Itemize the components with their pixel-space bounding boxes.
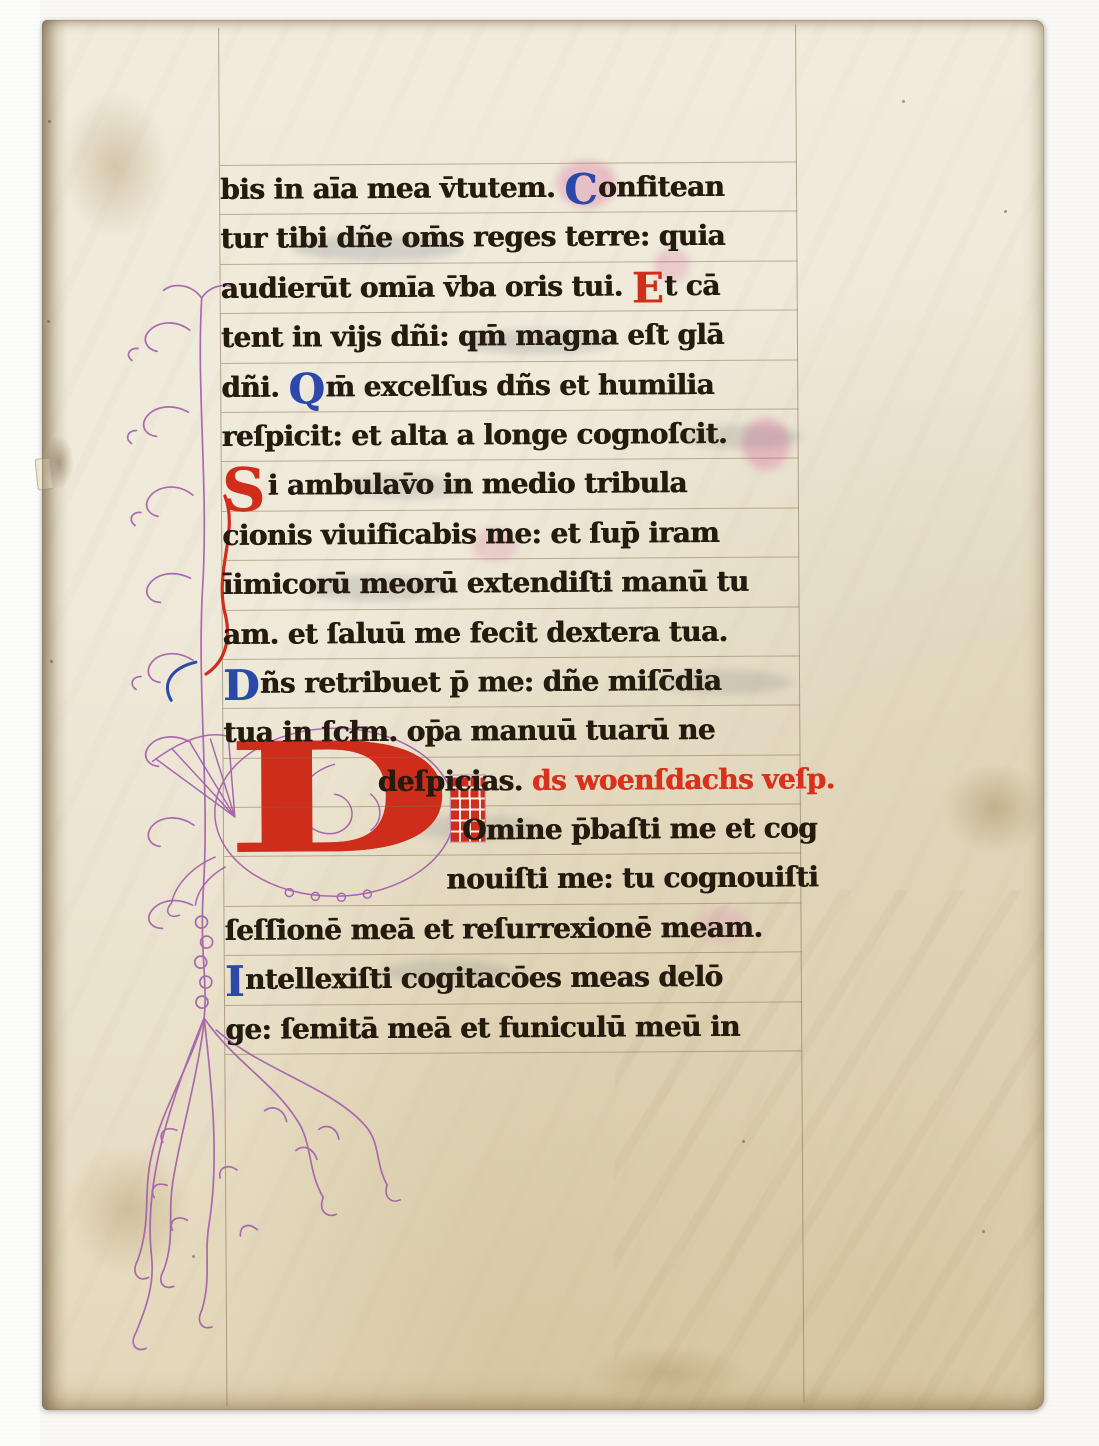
text-line: cionis viuificabis me: et ſup̄ iram — [222, 507, 799, 560]
illuminated-initial: C — [564, 165, 597, 214]
illuminated-initial: Q — [288, 364, 324, 413]
text-line: dñi. Qm̄ excelſus dñs et humilia — [221, 359, 798, 412]
text-segment: ñs retribuet p̄ me: dñe miſc̄dia — [260, 664, 721, 700]
text-segment: cionis viuificabis me: et ſup̄ iram — [222, 516, 719, 552]
text-segment: onfitean — [598, 170, 724, 204]
text-line: tur tibi dñe om̄s reges terre: quia — [220, 211, 797, 264]
text-line: Dñs retribuet p̄ me: dñe miſc̄dia — [223, 655, 800, 708]
manuscript-leaf: D bis in aīa mea v̄tutem. Confiteantur t… — [42, 20, 1044, 1410]
text-segment: ntellexiſti cogitacōes meas delō — [245, 960, 723, 996]
text-segment: nouiſti me: tu cognouiſti — [446, 861, 818, 896]
illuminated-initial: D — [223, 661, 259, 710]
text-segment: ge: ſemitā meā et funiculū meū in — [225, 1009, 740, 1045]
ruled-writing-area: D bis in aīa mea v̄tutem. Confiteantur t… — [42, 17, 1052, 1413]
text-segment: īimicorū meorū extendiſti manū tu — [222, 565, 748, 601]
text-line: am. et ſaluū me fecit dextera tua. — [223, 606, 800, 659]
text-segment: audierūt omīa v̄ba oris tui. — [221, 269, 632, 305]
illuminated-initial: I — [225, 957, 244, 1006]
text-line: Intellexiſti cogitacōes meas delō — [225, 952, 802, 1005]
text-segment: m̄ excelſus dñs et humilia — [325, 368, 714, 403]
text-line: tent in vijs dñi: qm̄ magna eſt glā — [221, 310, 798, 363]
text-segment: tua in ſcłm. op̄a manuū tuarū ne — [223, 713, 715, 749]
text-line: tua in ſcłm. op̄a manuū tuarū ne — [223, 705, 800, 758]
text-segment: t cā — [664, 269, 720, 302]
text-line: nouiſti me: tu cognouiſti — [224, 853, 801, 906]
text-segment: tur tibi dñe om̄s reges terre: quia — [220, 219, 725, 255]
text-line: bis in aīa mea v̄tutem. Confitean — [220, 161, 797, 214]
text-segment: dñi. — [221, 370, 288, 403]
text-line: reſpicit: et alta a longe cognoſcit. — [221, 408, 798, 461]
text-segment: reſpicit: et alta a longe cognoſcit. — [221, 417, 727, 453]
text-segment: ſeſſionē meā et reſurrexionē meam. — [224, 911, 762, 947]
text-line: deſpicias. ds woenſdachs veſp. — [224, 754, 801, 807]
text-segment: Omine p̄baſti me et cog — [462, 811, 817, 846]
rubric-text: ds woenſdachs veſp. — [532, 762, 835, 797]
text-line: ſeſſionē meā et reſurrexionē meam. — [224, 902, 801, 955]
text-line: audierūt omīa v̄ba oris tui. Et cā — [220, 260, 797, 313]
text-block: bis in aīa mea v̄tutem. Confiteantur tib… — [220, 161, 802, 1055]
text-line: īimicorū meorū extendiſti manū tu — [222, 557, 799, 610]
text-segment: deſpicias. — [378, 764, 532, 798]
text-line: Omine p̄baſti me et cog — [224, 804, 801, 857]
text-segment: i ambulav̄o in medio tribula — [267, 466, 686, 502]
text-line: ge: ſemitā meā et funiculū meū in — [225, 1001, 802, 1054]
illuminated-initial: E — [632, 263, 664, 312]
text-segment: am. et ſaluū me fecit dextera tua. — [223, 614, 728, 650]
text-segment: tent in vijs dñi: qm̄ magna eſt glā — [221, 318, 724, 354]
text-segment: bis in aīa mea v̄tutem. — [220, 171, 564, 206]
text-line: Si ambulav̄o in medio tribula — [222, 458, 799, 511]
